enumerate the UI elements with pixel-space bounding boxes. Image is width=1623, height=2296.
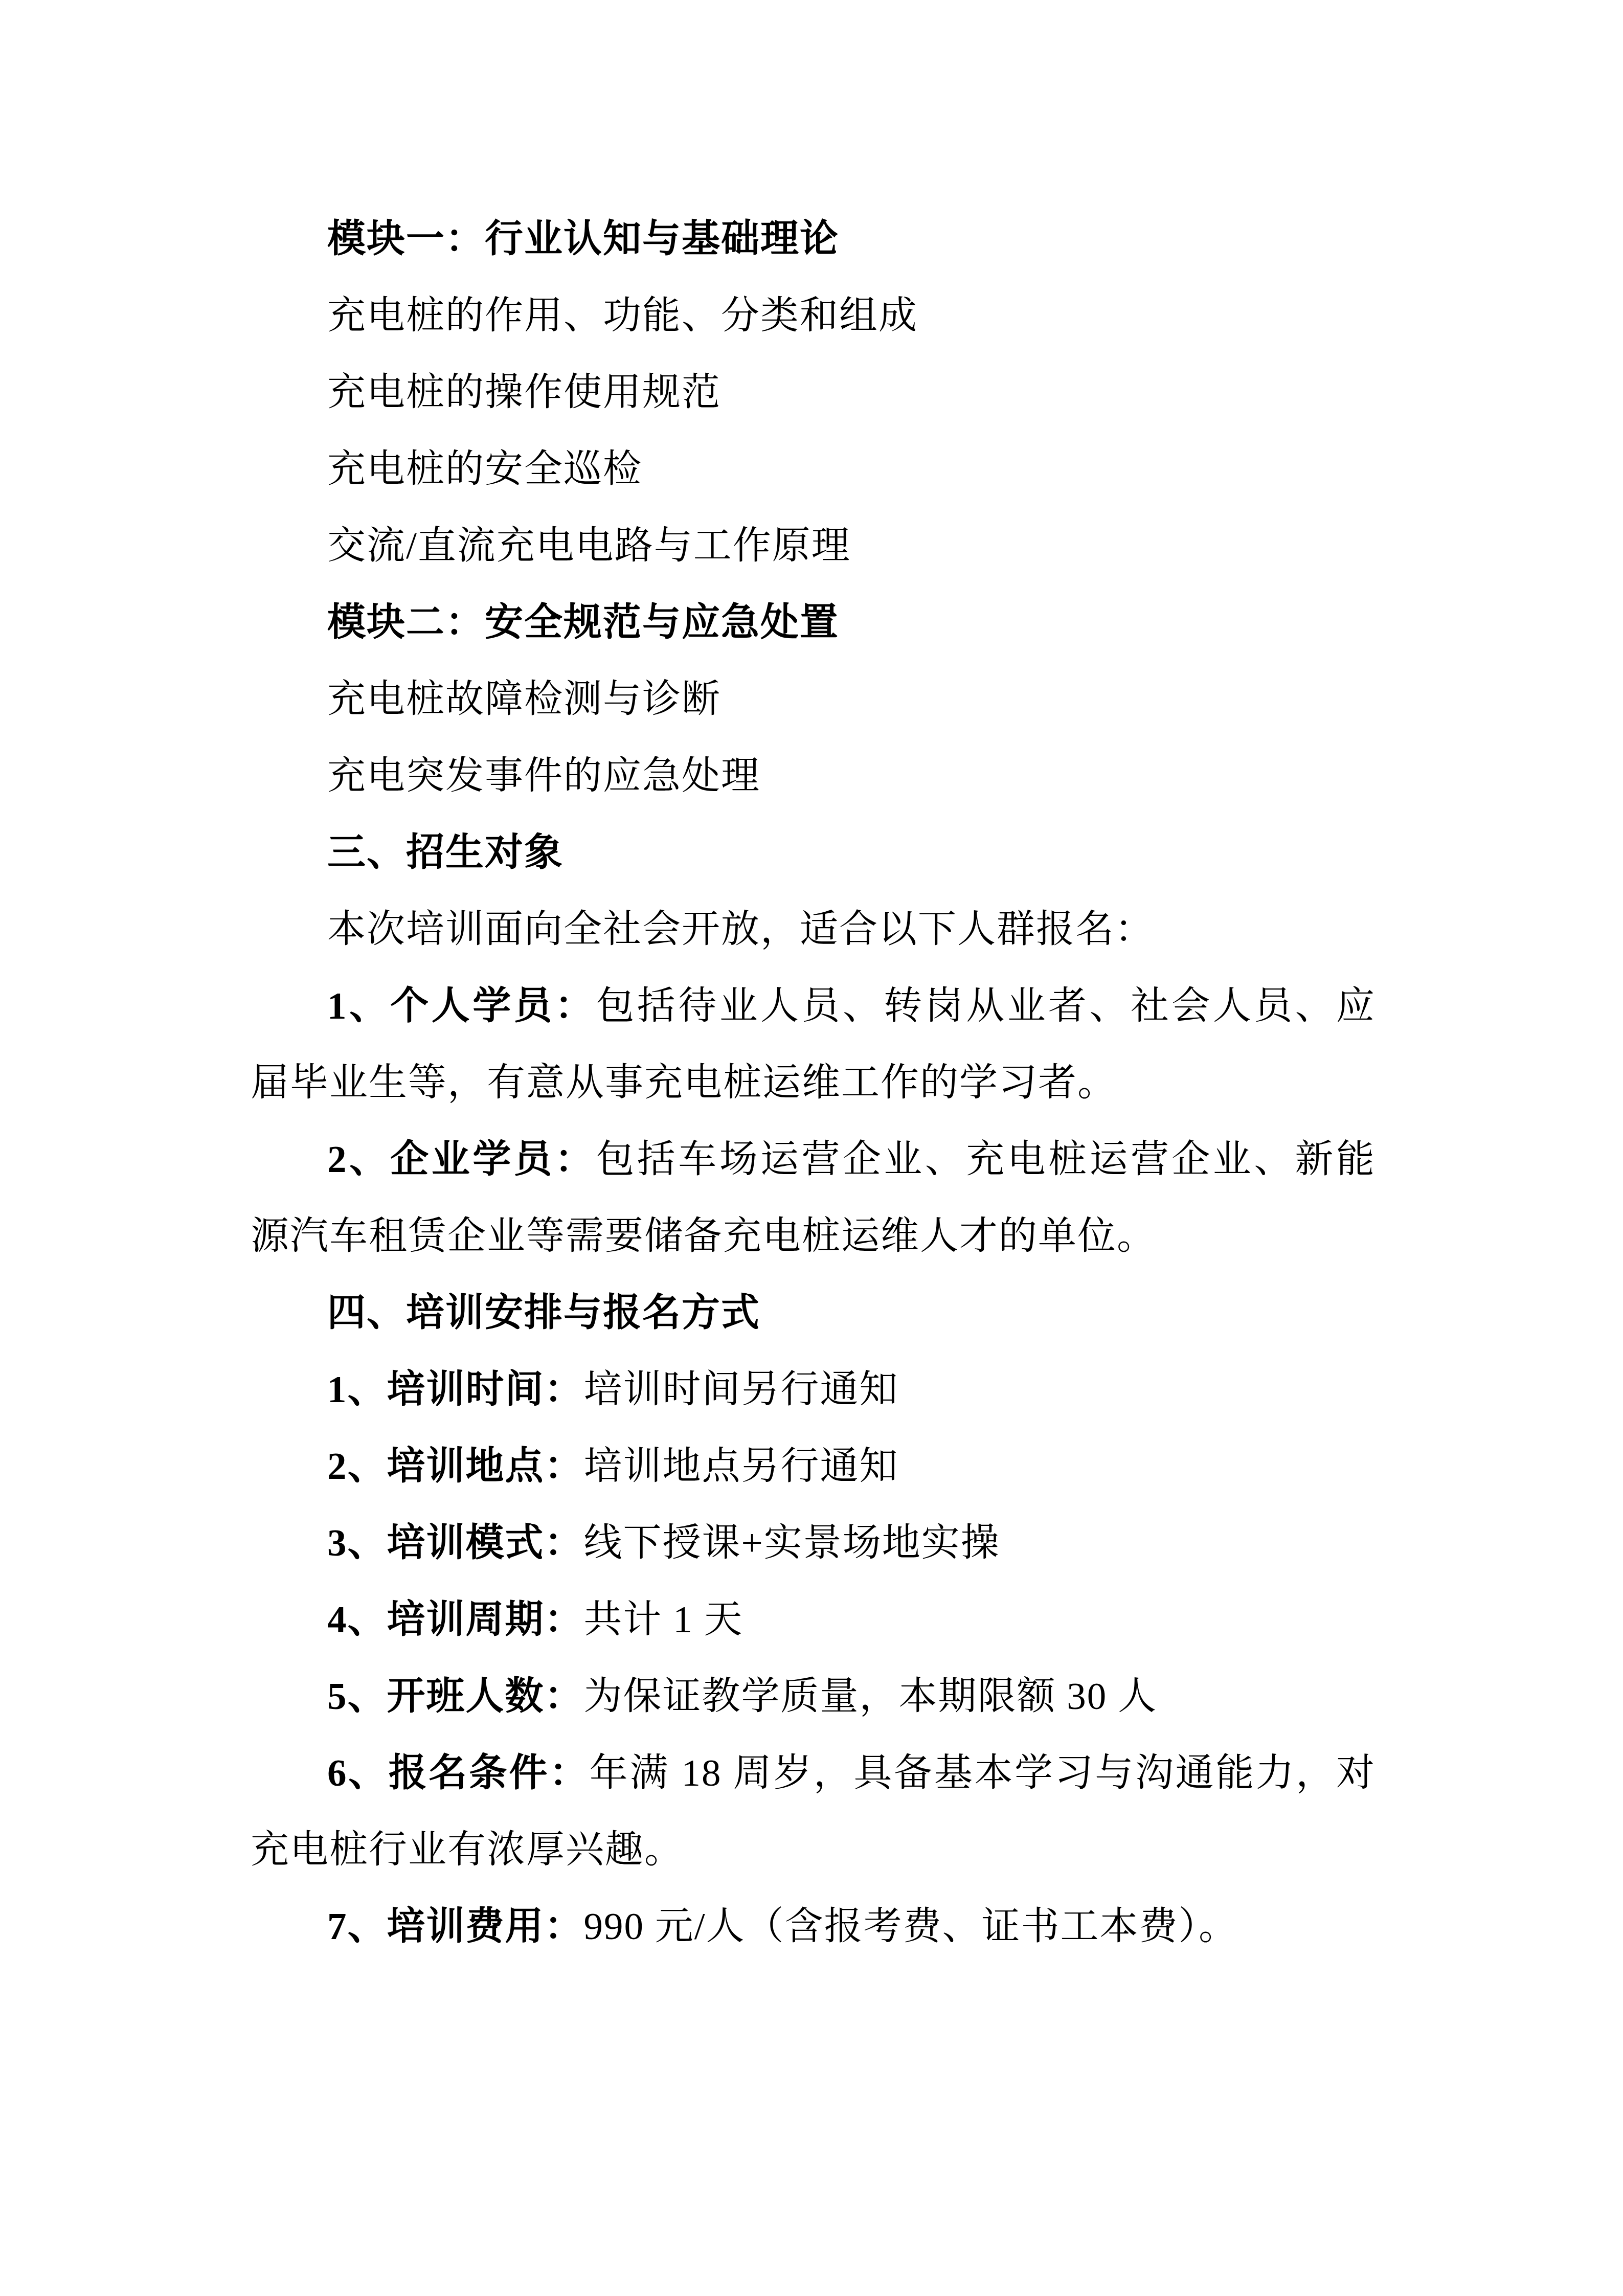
line-label-bold: 2、培训地点： <box>327 1445 584 1488</box>
line-training-location: 2、培训地点：培训地点另行通知 <box>251 1428 1376 1505</box>
line-item-enterprise-cont: 源汽车租赁企业等需要储备充电桩运维人才的单位。 <box>251 1198 1376 1275</box>
line-label-bold: 6、报名条件： <box>327 1752 590 1794</box>
line-text: 充电桩的作用、功能、分类和组成 <box>327 295 918 337</box>
line-text: 充电桩故障检测与诊断 <box>327 678 721 721</box>
line-label-bold: 7、培训费用： <box>327 1905 584 1948</box>
heading-section-3: 三、招生对象 <box>251 815 1376 891</box>
line-label-bold: 1、培训时间： <box>327 1368 584 1411</box>
line-text: 届毕业生等，有意从事充电桩运维工作的学习者。 <box>251 1062 1117 1104</box>
heading-module-1: 模块一：行业认知与基础理论 <box>251 201 1376 278</box>
line-text: 培训地点另行通知 <box>584 1445 899 1488</box>
line-label-bold: 1、个人学员： <box>327 985 596 1027</box>
line-signup-conditions-cont: 充电桩行业有浓厚兴趣。 <box>251 1812 1376 1888</box>
line-module2-item-1: 充电桩故障检测与诊断 <box>251 661 1376 738</box>
heading-text: 四、培训安排与报名方式 <box>327 1292 760 1334</box>
line-label-bold: 2、企业学员： <box>327 1138 596 1181</box>
line-label-bold: 5、开班人数： <box>327 1675 584 1718</box>
line-text: 为保证教学质量，本期限额 30 人 <box>584 1675 1158 1718</box>
heading-text: 模块一：行业认知与基础理论 <box>327 218 839 260</box>
line-text: 充电桩的操作使用规范 <box>327 371 721 414</box>
line-text: 共计 1 天 <box>584 1599 743 1641</box>
line-text: 线下授课+实景场地实操 <box>584 1522 1000 1564</box>
line-text: 包括待业人员、转岗从业者、社会人员、应 <box>596 985 1376 1027</box>
line-training-duration: 4、培训周期：共计 1 天 <box>251 1582 1376 1658</box>
line-label-bold: 3、培训模式： <box>327 1522 584 1564</box>
line-label-bold: 4、培训周期： <box>327 1599 584 1641</box>
line-module1-item-2: 充电桩的操作使用规范 <box>251 354 1376 431</box>
heading-text: 模块二：安全规范与应急处置 <box>327 601 839 644</box>
heading-text: 三、招生对象 <box>327 831 563 874</box>
line-module2-item-2: 充电突发事件的应急处理 <box>251 738 1376 815</box>
line-text: 年满 18 周岁，具备基本学习与沟通能力，对 <box>590 1752 1376 1794</box>
line-text: 源汽车租赁企业等需要储备充电桩运维人才的单位。 <box>251 1215 1156 1257</box>
line-training-mode: 3、培训模式：线下授课+实景场地实操 <box>251 1505 1376 1582</box>
line-text: 包括车场运营企业、充电桩运营企业、新能 <box>596 1138 1376 1181</box>
line-text: 充电突发事件的应急处理 <box>327 755 760 797</box>
line-text: 990 元/人（含报考费、证书工本费）。 <box>584 1905 1238 1948</box>
line-module1-item-4: 交流/直流充电电路与工作原理 <box>251 508 1376 584</box>
line-signup-conditions: 6、报名条件：年满 18 周岁，具备基本学习与沟通能力，对 <box>251 1735 1376 1812</box>
line-text: 充电桩行业有浓厚兴趣。 <box>251 1829 684 1871</box>
line-training-time: 1、培训时间：培训时间另行通知 <box>251 1352 1376 1428</box>
line-text: 培训时间另行通知 <box>584 1368 899 1411</box>
line-item-enterprise: 2、企业学员：包括车场运营企业、充电桩运营企业、新能 <box>251 1121 1376 1198</box>
line-text: 充电桩的安全巡检 <box>327 448 642 490</box>
heading-module-2: 模块二：安全规范与应急处置 <box>251 584 1376 661</box>
document-page: { "page": { "background_color": "#ffffff… <box>0 0 1623 2296</box>
document-body: 模块一：行业认知与基础理论 充电桩的作用、功能、分类和组成 充电桩的操作使用规范… <box>251 201 1376 1965</box>
line-training-fee: 7、培训费用：990 元/人（含报考费、证书工本费）。 <box>251 1888 1376 1965</box>
heading-section-4: 四、培训安排与报名方式 <box>251 1275 1376 1352</box>
line-class-size: 5、开班人数：为保证教学质量，本期限额 30 人 <box>251 1658 1376 1735</box>
line-module1-item-1: 充电桩的作用、功能、分类和组成 <box>251 278 1376 354</box>
line-item-individual: 1、个人学员：包括待业人员、转岗从业者、社会人员、应 <box>251 968 1376 1045</box>
line-module1-item-3: 充电桩的安全巡检 <box>251 431 1376 508</box>
line-section3-intro: 本次培训面向全社会开放，适合以下人群报名： <box>251 891 1376 968</box>
line-text: 本次培训面向全社会开放，适合以下人群报名： <box>327 908 1154 951</box>
line-item-individual-cont: 届毕业生等，有意从事充电桩运维工作的学习者。 <box>251 1045 1376 1121</box>
line-text: 交流/直流充电电路与工作原理 <box>327 525 851 567</box>
